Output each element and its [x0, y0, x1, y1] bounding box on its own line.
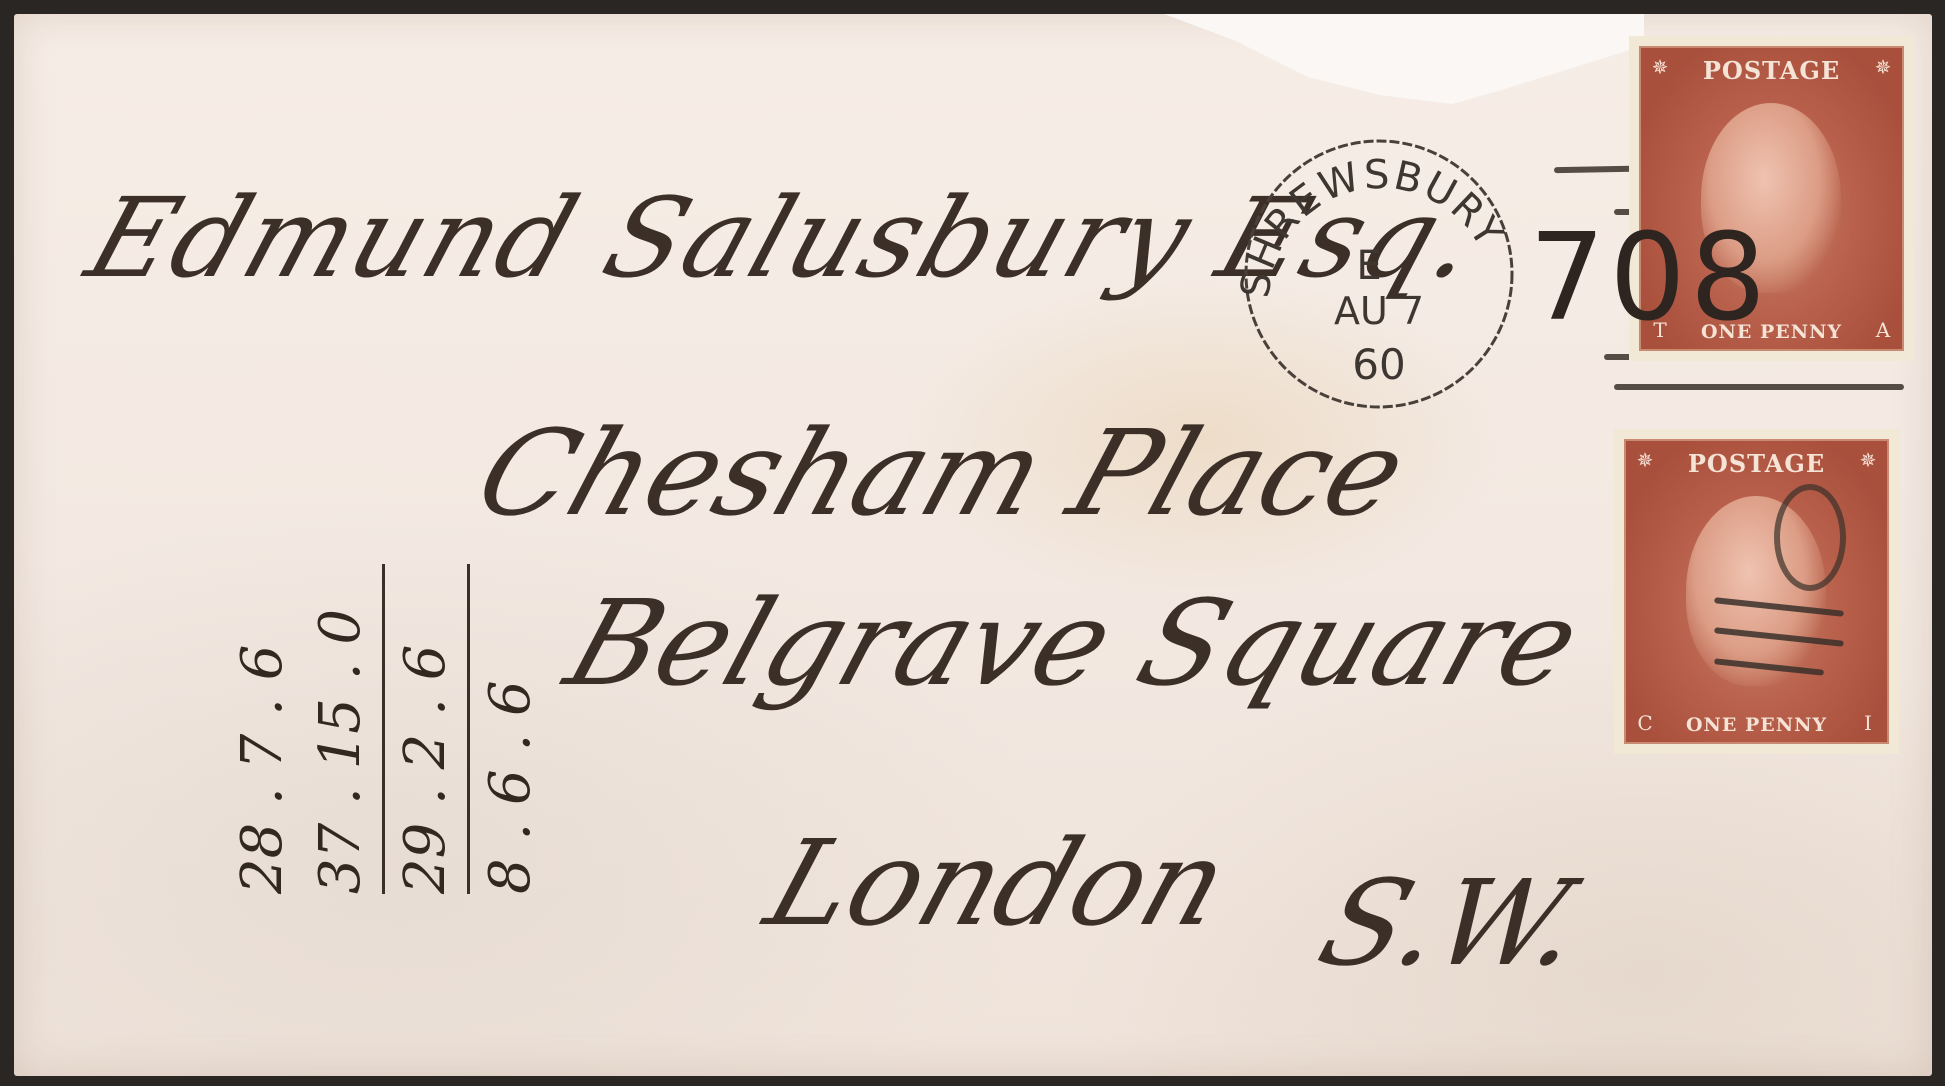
postal-district: S.W. — [1304, 854, 1601, 992]
torn-flap — [1164, 14, 1644, 104]
calc-line: 8 . 6 . 6 — [472, 474, 550, 894]
penny-red-stamp: ✵ ✵ POSTAGE ONE PENNY C I — [1614, 429, 1899, 754]
address-line-street: Chesham Place — [462, 404, 1423, 542]
calc-rule — [467, 564, 470, 894]
address-line-square: Belgrave Square — [552, 574, 1596, 712]
stamp-top-label: POSTAGE — [1661, 449, 1852, 478]
star-ornament-icon: ✵ — [1868, 52, 1898, 82]
circular-datestamp: SHREWSBURY E AU 7 60 — [1229, 129, 1529, 419]
pencil-calculation: 28 . 7 . 6 37 . 15 . 0 29 . 2 . 6 8 . 6 … — [224, 474, 524, 894]
star-ornament-icon: ✵ — [1630, 445, 1660, 475]
calc-line: 29 . 2 . 6 — [387, 474, 465, 894]
cancel-oval — [1774, 484, 1846, 591]
city-name: London — [752, 814, 1245, 952]
check-letter-left: C — [1630, 708, 1660, 738]
calc-rule — [382, 564, 385, 894]
stamp-value-label: ONE PENNY — [1661, 714, 1852, 736]
stamp-face: ✵ ✵ POSTAGE ONE PENNY C I — [1624, 439, 1889, 744]
svg-text:60: 60 — [1352, 340, 1405, 389]
calc-line: 37 . 15 . 0 — [302, 474, 380, 894]
cancel-bar — [1614, 384, 1904, 390]
star-ornament-icon: ✵ — [1645, 52, 1675, 82]
envelope: Edmund Salusbury Esq. Chesham Place Belg… — [14, 14, 1932, 1076]
address-line-city: London S.W. — [752, 814, 1615, 952]
check-letter-right: A — [1868, 315, 1898, 345]
calc-line: 28 . 7 . 6 — [224, 474, 302, 894]
svg-text:E: E — [1356, 243, 1381, 289]
svg-text:AU 7: AU 7 — [1334, 289, 1424, 333]
star-ornament-icon: ✵ — [1853, 445, 1883, 475]
check-letter-right: I — [1853, 708, 1883, 738]
numeral-cancel: 708 — [1529, 209, 1770, 348]
stamp-top-label: POSTAGE — [1676, 56, 1867, 85]
